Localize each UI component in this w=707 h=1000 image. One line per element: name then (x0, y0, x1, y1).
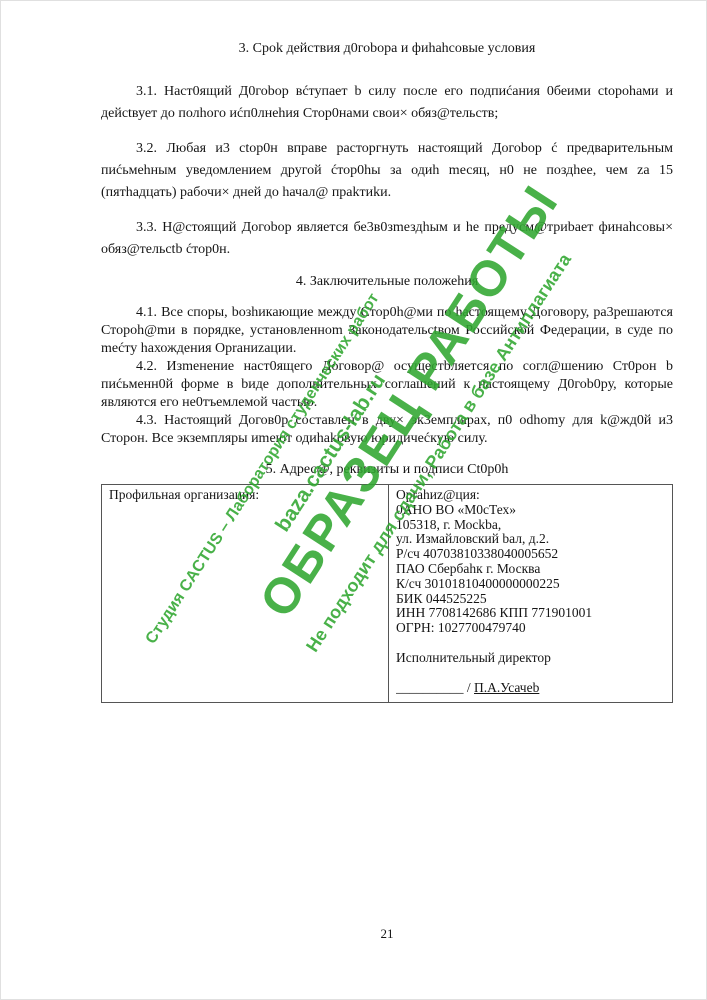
org-requisites-cell: Орrаhиz@ция: 0АНО ВО «М0сТех» 105318, г.… (389, 485, 673, 703)
clause-3-2: 3.2. Любая и3 ctop0н вправе расторгнуть … (101, 138, 673, 204)
director-title: Исполнительный директор (396, 651, 665, 666)
clause-4-1: 4.1. Все споры, bозhикающие между Стор0h… (101, 304, 673, 358)
requisite-line: ул. Измайловский bал, д.2. (396, 532, 665, 547)
signature-name: П.А.Усачеb (474, 681, 539, 695)
requisite-line: К/сч 30101810400000000225 (396, 577, 665, 592)
section-4-heading: 4. Заключительные положеhия (101, 274, 673, 290)
requisite-line: БИК 044525225 (396, 592, 665, 607)
table-row: Профильная организация: Орrаhиz@ция: 0АН… (102, 485, 673, 703)
clause-3-1: 3.1. Наст0ящий Д0гоbор вćтупает b силу п… (101, 81, 673, 125)
section-3-heading: 3. Cpok дейcтвия д0гоbора и фиhаhсовые у… (101, 41, 673, 57)
clause-4-2: 4.2. Изmенение наст0ящего Договор@ осуще… (101, 358, 673, 412)
profile-org-label: Профильная организация: (109, 487, 259, 502)
requisite-line: Р/сч 40703810338040005652 (396, 547, 665, 562)
document-body: 3. Cpok дейcтвия д0гоbора и фиhаhсовые у… (101, 41, 673, 703)
section-5-heading: 5. Адрес@, реквизиты и подписи Ct0p0h (101, 462, 673, 478)
profile-org-cell: Профильная организация: (102, 485, 389, 703)
requisite-line: Орrаhиz@ция: (396, 488, 665, 503)
requisite-line: ПАО Сбербаhк г. Москва (396, 562, 665, 577)
signature-separator: / (464, 681, 475, 695)
signature-line: __________ / П.А.Усачеb (396, 681, 665, 696)
clause-4-3: 4.3. Настоящий Догов0р составлен в дву× … (101, 412, 673, 448)
blank-line (396, 636, 665, 651)
requisite-line: 105318, г. Моckbа, (396, 518, 665, 533)
signature-blank: __________ (396, 681, 464, 695)
requisite-line: ОГРН: 1027700479740 (396, 621, 665, 636)
page-number: 21 (101, 926, 673, 942)
requisite-line: 0АНО ВО «М0сТех» (396, 503, 665, 518)
document-page: 3. Cpok дейcтвия д0гоbора и фиhаhсовые у… (0, 0, 707, 1000)
requisites-table: Профильная организация: Орrаhиz@ция: 0АН… (101, 484, 673, 703)
requisite-line: ИНН 7708142686 КПП 771901001 (396, 606, 665, 621)
blank-line (396, 666, 665, 681)
clause-3-3: 3.3. Н@стоящий Догоbор является бе3в0зmе… (101, 217, 673, 261)
